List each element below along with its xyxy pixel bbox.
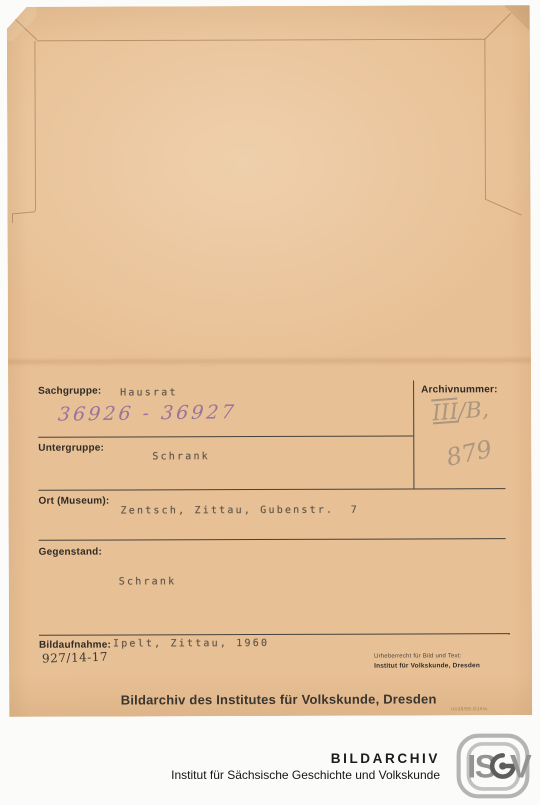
copyright-line1: Urheberrecht für Bild und Text: bbox=[374, 652, 514, 661]
gegenstand-label: Gegenstand: bbox=[39, 547, 102, 558]
scanned-archive-card-page: Sachgruppe: Hausrat 36926 - 36927 Unterg… bbox=[0, 0, 540, 805]
archivnummer-label: Archivnummer: bbox=[421, 384, 498, 395]
print-order-code: III/35/55-G10/a bbox=[451, 706, 487, 711]
logo-letter-v: V bbox=[510, 747, 532, 784]
ort-museum-label: Ort (Museum): bbox=[38, 496, 109, 507]
isgv-logo: I S V bbox=[452, 730, 534, 802]
bildaufnahme-value: Ipelt, Zittau, 1960 bbox=[113, 638, 269, 650]
untergruppe-value: Schrank bbox=[152, 451, 210, 462]
copyright-note: Urheberrecht für Bild und Text: Institut… bbox=[374, 652, 514, 670]
copyright-line2: Institut für Volkskunde, Dresden bbox=[374, 661, 514, 670]
negative-number-handwritten: 927/14-17 bbox=[42, 650, 108, 666]
fold-crease bbox=[8, 356, 531, 367]
ort-museum-value: Zentsch, Zittau, Gubenstr. 7 bbox=[121, 505, 359, 517]
institute-name: Institut für Sächsische Geschichte und V… bbox=[171, 768, 440, 782]
untergruppe-label: Untergruppe: bbox=[38, 443, 104, 454]
archivnummer-roman: III bbox=[431, 400, 459, 427]
sachgruppe-value: Hausrat bbox=[120, 387, 178, 398]
bildarchiv-title: BILDARCHIV bbox=[331, 751, 440, 766]
archivnummer-suffix: /B, bbox=[457, 397, 489, 424]
inventory-numbers-handwritten: 36926 - 36927 bbox=[57, 401, 238, 425]
gegenstand-value: Schrank bbox=[119, 576, 177, 587]
archivnummer-handwritten: III/B, bbox=[431, 397, 489, 426]
envelope-scan: Sachgruppe: Hausrat 36926 - 36927 Unterg… bbox=[7, 5, 532, 717]
card-footer-imprint: Bildarchiv des Institutes für Volkskunde… bbox=[9, 691, 540, 708]
sachgruppe-label: Sachgruppe: bbox=[38, 386, 101, 397]
